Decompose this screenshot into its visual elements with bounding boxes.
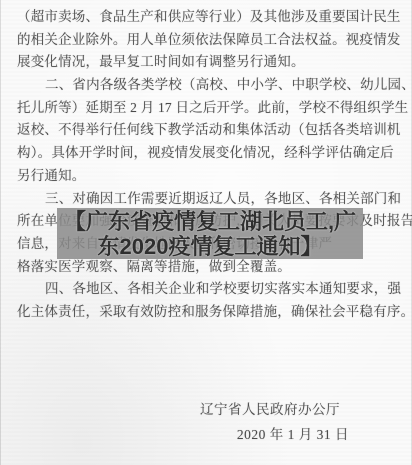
caption-overlay: 【广东省疫情复工湖北员工,广 东2020疫情复工通知】 bbox=[57, 208, 363, 259]
caption-line-1: 【广东省疫情复工湖北员工,广 bbox=[64, 209, 356, 234]
issue-date: 2020 年 1 月 31 日 bbox=[237, 423, 349, 443]
doc-line: 另行通知。 bbox=[17, 165, 397, 188]
doc-line: 返校、不得举行任何线下教学活动和集体活动（包括各类培训机 bbox=[17, 119, 397, 142]
doc-line: 化主体责任，采取有效防控和服务保障措施，确保社会平稳有序。 bbox=[17, 301, 397, 324]
scanned-notice-page: （超市卖场、食品生产和供应等行业）及其他涉及重要国计民生 的相关企业除外。用人单… bbox=[0, 0, 412, 465]
issuing-authority: 辽宁省人民政府办公厅 bbox=[200, 398, 340, 418]
caption-line-2: 东2020疫情复工通知】 bbox=[98, 234, 323, 259]
doc-line: （超市卖场、食品生产和供应等行业）及其他涉及重要国计民生 bbox=[17, 6, 397, 29]
doc-line-section-4: 四、各地区、各相关企业和学校要切实落实本通知要求，强 bbox=[17, 278, 397, 301]
doc-line: 的相关企业除外。用人单位须依法保障员工合法权益。视疫情发 bbox=[17, 29, 397, 52]
doc-line: 展变化情况，最早复工时间如有调整另行通知。 bbox=[17, 51, 397, 74]
notice-body: （超市卖场、食品生产和供应等行业）及其他涉及重要国计民生 的相关企业除外。用人单… bbox=[17, 6, 397, 324]
doc-line-section-2: 二、省内各级各类学校（高校、中小学、中职学校、幼儿园、 bbox=[17, 74, 397, 97]
doc-line: 构）。具体开学时间，视疫情发展变化情况，经科学评估确定后 bbox=[17, 142, 397, 165]
doc-line-section-3: 三、对确因工作需要近期返辽人员，各地区、各相关部门和 bbox=[17, 188, 397, 211]
doc-line: 托儿所等）延期至 2 月 17 日之后开学。此前，学校不得组织学生 bbox=[17, 97, 397, 120]
